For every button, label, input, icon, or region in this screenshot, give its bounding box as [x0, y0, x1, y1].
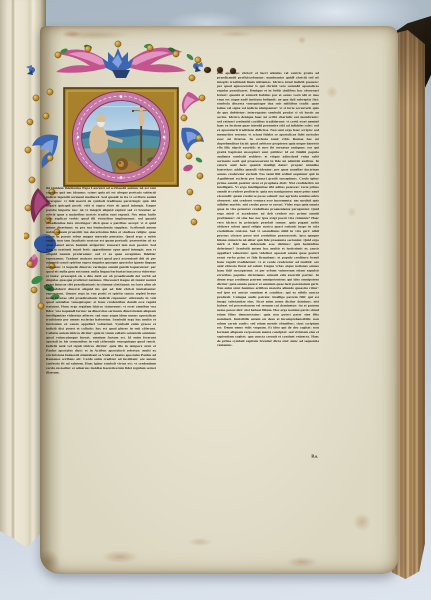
wormhole-dot: [204, 67, 211, 73]
text-column-left: ihi Quidem fidelissime Papa Laurenti ad …: [46, 186, 156, 459]
corner-blue-flower-right: [193, 62, 203, 72]
photo-open-incunable: ihi Quidem fidelissime Papa Laurenti ad …: [0, 0, 431, 600]
text-column-right: esse apostolos christi: et lucri alicuiu…: [217, 71, 319, 458]
top-border-flourish: [26, 41, 203, 78]
wormhole-dot: [230, 68, 236, 74]
quire-signature: B.a.: [282, 454, 318, 459]
wormhole-dot: [217, 67, 223, 73]
illuminated-initial-M: [64, 88, 178, 188]
corner-blue-flower-left: [26, 65, 35, 75]
right-of-initial-flourish: [181, 75, 205, 225]
